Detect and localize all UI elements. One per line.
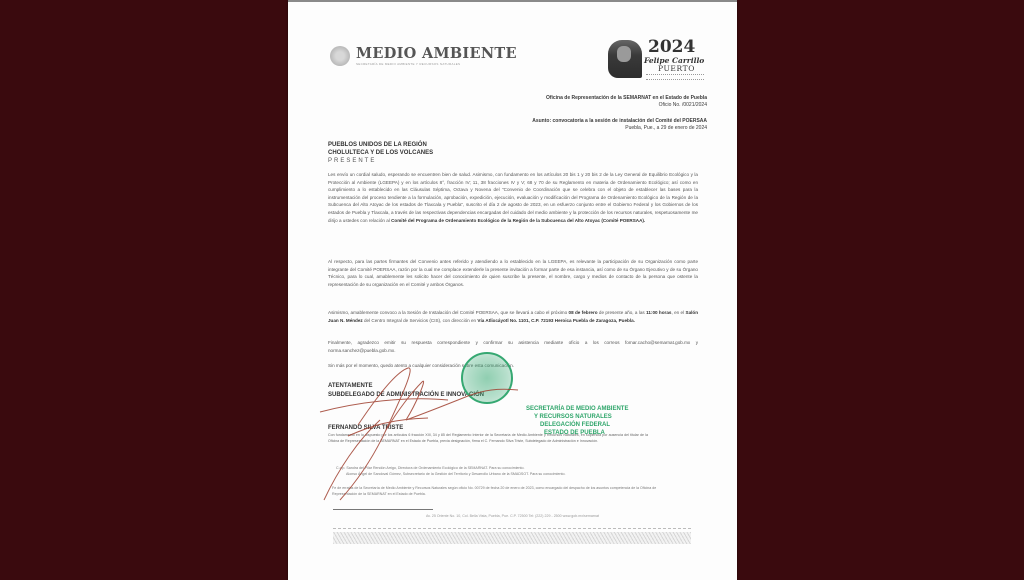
session-time: 11:00 horas	[646, 310, 671, 315]
badge-year: 2024	[648, 38, 695, 56]
ccp-3: Fe de erratas de la Secretaría de Medio …	[332, 486, 662, 497]
official-seal-stamp	[461, 352, 513, 404]
badge-surname: PUERTO	[658, 64, 695, 73]
addressee: PUEBLOS UNIDOS DE LA REGIÓN CHOLULTECA Y…	[328, 141, 433, 165]
oficio-number: Oficio No. /0021/2024	[659, 102, 707, 109]
medio-ambiente-logo: MEDIO AMBIENTE SECRETARÍA DE MEDIO AMBIE…	[330, 46, 517, 66]
stamp-line-4: ESTADO DE PUEBLA	[544, 430, 605, 438]
document-page: MEDIO AMBIENTE SECRETARÍA DE MEDIO AMBIE…	[288, 0, 737, 580]
signer-title: SUBDELEGADO DE ADMINISTRACIÓN E INNOVACI…	[328, 391, 484, 400]
badge-caption	[646, 74, 704, 80]
paragraph-4: Finalmente, agradezco emitir su respuest…	[328, 339, 698, 354]
session-date: 08 de febrero	[569, 310, 598, 315]
signature-block: ATENTAMENTE SUBDELEGADO DE ADMINISTRACIÓ…	[328, 382, 484, 400]
scan-edge	[288, 0, 737, 2]
footer-pattern	[333, 532, 691, 544]
paragraph-2: Al respecto, para las partes firmantes d…	[328, 258, 698, 288]
signer-name: FERNANDO SILVA TRISTE	[328, 424, 403, 433]
office-name: Oficina de Representación de la SEMARNAT…	[546, 95, 707, 102]
stamp-line-3: DELEGACIÓN FEDERAL	[540, 422, 610, 430]
subject: Asunto: convocatoria a la sesión de inst…	[532, 118, 707, 125]
committee-name: Comité del Programa de Ordenamiento Ecol…	[391, 218, 645, 223]
logo-title: MEDIO AMBIENTE	[356, 47, 517, 61]
paragraph-1: Les envío un cordial saludo, esperando s…	[328, 171, 698, 224]
felipe-carrillo-puerto-2024-badge: 2024 Felipe Carrillo PUERTO	[608, 38, 718, 80]
footer-divider	[333, 528, 691, 529]
paragraph-3: Asimismo, amablemente convoco a la Sesió…	[328, 309, 698, 324]
addressee-line-1: PUEBLOS UNIDOS DE LA REGIÓN	[328, 141, 433, 149]
portrait-icon	[608, 40, 642, 78]
stamp-line-2: Y RECURSOS NATURALES	[534, 414, 612, 422]
place-date: Puebla, Pue., a 29 de enero de 2024	[625, 125, 707, 132]
stamp-line-1: SECRETARÍA DE MEDIO AMBIENTE	[526, 406, 628, 414]
addressee-presente: PRESENTE	[328, 157, 433, 165]
ccp-1: C.c.p. Sandra del Pilar Rendón Arrigo, D…	[336, 466, 666, 472]
footer-address: Av. 25 Oriente No. 10, Col. Bella Vista,…	[288, 514, 737, 518]
session-address: Vía Atlixcáyotl No. 1101, C.P. 72193 Her…	[477, 318, 635, 323]
logo-subtitle: SECRETARÍA DE MEDIO AMBIENTE Y RECURSOS …	[356, 62, 517, 66]
paragraph-5: Sin más por el momento, quedo atento a c…	[328, 362, 698, 370]
national-seal-icon	[330, 46, 350, 66]
footer-rule	[333, 509, 433, 510]
addressee-line-2: CHOLULTECA Y DE LOS VOLCANES	[328, 149, 433, 157]
ccp-2: Alonso Ángel de Sandoval Gómez, Subsecre…	[346, 472, 676, 478]
